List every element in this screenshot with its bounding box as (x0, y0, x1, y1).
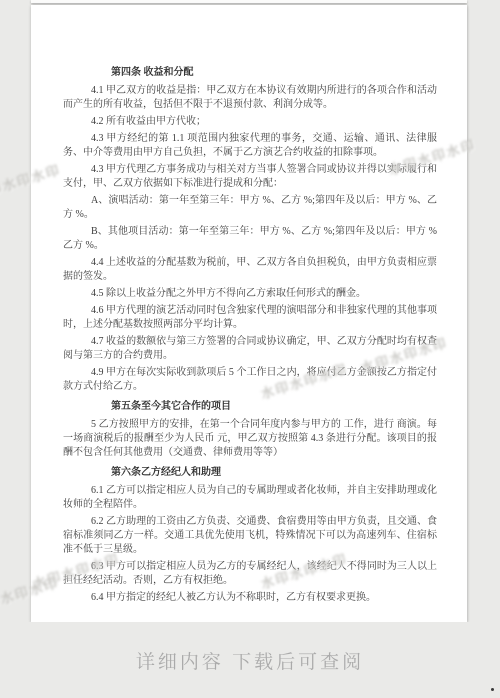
document-preview-screen: { "document": { "paragraphs": [ { "type"… (0, 0, 500, 698)
paragraph: 4.4 上述收益的分配基数为税前，甲、乙双方各自负担税负，由甲方负责相应票据的签… (63, 256, 437, 284)
paragraph: 4.5 除以上收益分配之外甲方不得向乙方索取任何形式的酬金。 (63, 287, 437, 301)
document-content: 第四条 收益和分配4.1 甲乙双方的收益是指：甲乙双方在本协议有效期内所进行的各… (63, 60, 437, 608)
footer-notice-bar: 详细内容 下载后可查阅 (0, 622, 500, 698)
paragraph: 6.3 甲方可以指定相应人员为乙方的专属经纪人，该经纪人不得同时为三人以上担任经… (63, 560, 437, 588)
paragraph: A、演唱活动：第一年至第三年：甲方 %、乙方 %;第四年及以后：甲方 %、乙方 … (63, 194, 437, 222)
paragraph: 4.2 所有收益由甲方代收； (63, 115, 437, 129)
paragraph: 4.1 甲乙双方的收益是指：甲乙双方在本协议有效期内所进行的各项合作和活动而产生… (63, 84, 437, 112)
dust-speck (491, 688, 494, 691)
section-heading: 第六条乙方经纪人和助理 (63, 466, 437, 480)
paragraph: 6.2 乙方助理的工资由乙方负责、交通费、食宿费用等由甲方负责，且交通、食宿标准… (63, 515, 437, 557)
document-page: 第四条 收益和分配4.1 甲乙双方的收益是指：甲乙双方在本协议有效期内所进行的各… (31, 5, 467, 622)
section-heading: 第四条 收益和分配 (63, 66, 437, 80)
previous-page-bottom-edge (31, 0, 467, 3)
section-heading: 第五条至今其它合作的项目 (63, 400, 437, 414)
paragraph: B、其他项目活动：第一年至第三年：甲方 %、乙方 %;第四年及以后：甲方 %乙方… (63, 225, 437, 253)
paragraph: 5 乙方按照甲方的安排，在第一个合同年度内参与甲方的 工作，进行 商演。每一场商… (63, 418, 437, 460)
paragraph: 4.3 甲方代理乙方事务成功与相关对方当事人签署合同或协议并得以实际履行和支付，… (63, 163, 437, 191)
paragraph: 4.7 收益的数额依与第三方签署的合同或协议确定，甲、乙双方分配时均有权查阅与第… (63, 335, 437, 363)
footer-notice: 详细内容 下载后可查阅 (136, 647, 364, 674)
paragraph: 4.6 甲方代理的演艺活动同时包含独家代理的演唱部分和非独家代理的其他事项时，上… (63, 304, 437, 332)
paragraph: 4.9 甲方在每次实际收到款项后 5 个工作日之内，将应付乙方金额按乙方指定付款… (63, 366, 437, 394)
paragraph: 6.4 甲方指定的经纪人被乙方认为不称职时，乙方有权要求更换。 (63, 591, 437, 605)
paragraph: 6.1 乙方可以指定相应人员为自己的专属助理或者化妆师，并自主安排助理或化妆师的… (63, 484, 437, 512)
paragraph: 4.3 甲方经纪的第 1.1 项范围内独家代理的事务，交通、运输、通讯、法律服务… (63, 132, 437, 160)
